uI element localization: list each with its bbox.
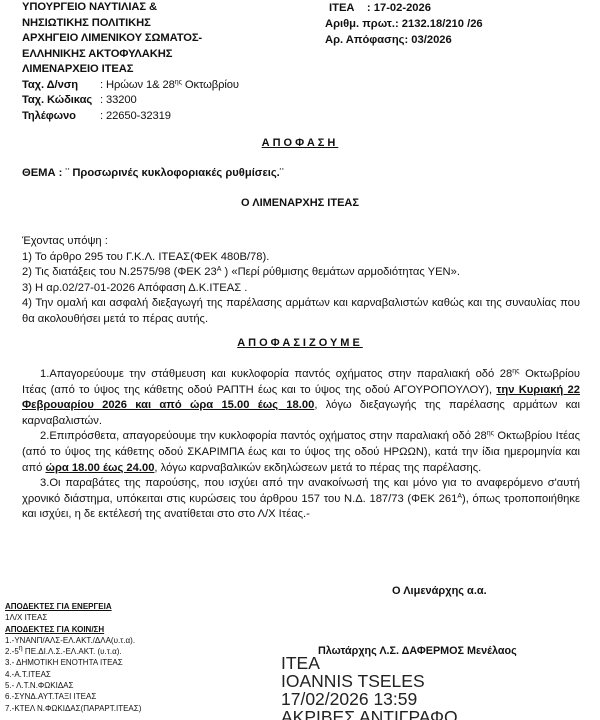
org-line: ΥΠΟΥΡΓΕΙΟ ΝΑΥΤΙΛΙΑΣ & [22,0,239,16]
considering-intro: Έχοντας υπόψη : [22,234,580,250]
considering-section: Έχοντας υπόψη : 1) Το άρθρο 295 του Γ.Κ.… [22,234,580,328]
recipient-item: 1.-ΥΝΑΝΠ/ΑΛΣ-ΕΛ.ΑΚΤ./ΔΛΑ(υ.τ.α). [5,635,141,646]
decisions-section: 1.Απαγορεύουμε την στάθμευση και κυκλοφο… [22,367,580,523]
org-line: ΕΛΛΗΝΙΚΗΣ ΑΚΤΟΦΥΛΑΚΗΣ [22,47,239,63]
decision-number: Αρ. Απόφασης: 03/2026 [325,32,483,48]
stamp-certification: ΑΚΡΙΒΕΣ ΑΝΤΙΓΡΑΦΟ [281,708,458,720]
org-line: ΛΙΜΕΝΑΡΧΕΙΟ ΙΤΕΑΣ [22,62,239,78]
signer-title: Ο Λιμενάρχης α.α. [392,585,487,597]
recipients-action-heading: ΑΠΟΔΕΚΤΕΣ ΓΙΑ ΕΝΕΡΓΕΙΑ [5,601,141,612]
org-line: ΝΗΣΙΩΤΙΚΗΣ ΠΟΛΙΤΙΚΗΣ [22,16,239,32]
recipient-item: 4.-Α.Τ.ΙΤΕΑΣ [5,669,141,680]
recipient-item: 1Λ/Χ ΙΤΕΑΣ [5,612,141,623]
place-date: ΙΤΕΑ : 17-02-2026 [325,0,483,16]
recipient-item: 6.-ΣΥΝΔ.ΑΥΤ.ΤΑΞΙ ΙΤΕΑΣ [5,691,141,702]
decision-heading: ΑΠΟΦΑΣΙΖΟΥΜΕ [0,337,600,349]
address-value: : Ηρώων 1& 28ης Οκτωβρίου [100,78,239,94]
recipient-item: 3.- ΔΗΜΟΤΙΚΗ ΕΝΟΤΗΤΑ ΙΤΕΑΣ [5,657,141,668]
recipient-item: 5.- Λ.Τ.Ν.ΦΩΚΙΔΑΣ [5,680,141,691]
subject-line: ΘΕΜΑ : ¨ Προσωρινές κυκλοφοριακές ρυθμίσ… [22,167,284,179]
postcode-value: : 33200 [100,93,137,109]
signer-name: Πλωτάρχης Λ.Σ. ΔΑΦΕΡΜΟΣ Μενέλαος [318,645,517,657]
postcode-label: Ταχ. Κώδικας [22,93,100,109]
considering-item: 2) Τις διατάξεις του Ν.2575/98 (ΦΕΚ 23Α … [22,265,580,281]
address-row: Ταχ. Δ/νση : Ηρώων 1& 28ης Οκτωβρίου [22,78,239,94]
recipients-info-heading: ΑΠΟΔΕΚΤΕΣ ΓΙΑ ΚΟΙΝ/ΣΗ [5,624,141,635]
phone-value: : 22650-32319 [100,109,171,125]
protocol-number: Αριθμ. πρωτ.: 2132.18/210 /26 [325,16,483,32]
phone-label: Τηλέφωνο [22,109,100,125]
authority-heading: Ο ΛΙΜΕΝΑΡΧΗΣ ΙΤΕΑΣ [0,197,600,209]
postcode-row: Ταχ. Κώδικας : 33200 [22,93,239,109]
org-line: ΑΡΧΗΓΕΙΟ ΛΙΜΕΝΙΚΟΥ ΣΩΜΑΤΟΣ- [22,31,239,47]
decision-item-1: 1.Απαγορεύουμε την στάθμευση και κυκλοφο… [22,367,580,429]
stamp-datetime: 17/02/2026 13:59 [281,690,458,708]
stamp-officer: IOANNIS TSELES [281,672,458,690]
recipients-list: ΑΠΟΔΕΚΤΕΣ ΓΙΑ ΕΝΕΡΓΕΙΑ 1Λ/Χ ΙΤΕΑΣ ΑΠΟΔΕΚ… [5,601,141,714]
address-label: Ταχ. Δ/νση [22,78,100,94]
decision-item-2: 2.Επιπρόσθετα, απαγορεύουμε την κυκλοφορ… [22,429,580,476]
recipient-item: 2.-5η ΠΕ.ΔΙ.Λ.Σ.-ΕΛ.ΑΚΤ. (υ.τ.α). [5,646,141,657]
document-reference: ΙΤΕΑ : 17-02-2026 Αριθμ. πρωτ.: 2132.18/… [325,0,483,48]
issuer-header: ΥΠΟΥΡΓΕΙΟ ΝΑΥΤΙΛΙΑΣ & ΝΗΣΙΩΤΙΚΗΣ ΠΟΛΙΤΙΚ… [22,0,239,124]
decision-item-3: 3.Οι παραβάτες της παρούσης, που ισχύει … [22,476,580,523]
considering-item: 3) Η αρ.02/27-01-2026 Απόφαση Δ.Κ.ΙΤΕΑΣ … [22,281,580,297]
certified-copy-stamp: ITEA IOANNIS TSELES 17/02/2026 13:59 ΑΚΡ… [281,654,458,720]
phone-row: Τηλέφωνο : 22650-32319 [22,109,239,125]
considering-item: 1) Το άρθρο 295 του Γ.Κ.Λ. ΙΤΕΑΣ(ΦΕΚ 480… [22,250,580,266]
document-title: ΑΠΟΦΑΣΗ [0,137,600,149]
recipient-item: 7.-ΚΤΕΛ Ν.ΦΩΚΙΔΑΣ(ΠΑΡΑΡΤ.ΙΤΕΑΣ) [5,703,141,714]
considering-item: 4) Την ομαλή και ασφαλή διεξαγωγή της πα… [22,296,580,327]
